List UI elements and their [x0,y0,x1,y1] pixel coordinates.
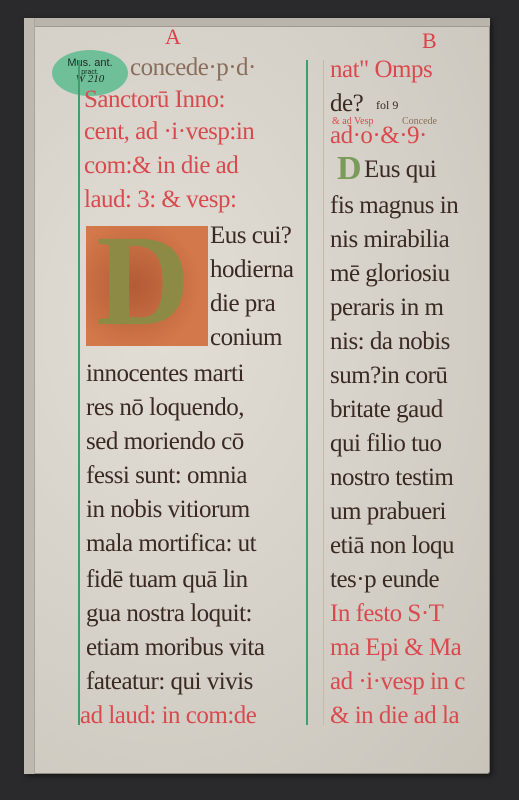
text-line: sed moriendo cō [86,428,244,456]
folio-note: fol 9 [376,98,398,113]
text-line: ma Epi & Ma [330,634,461,662]
middle-rule [306,60,308,725]
text-line: sum?in corū [330,362,447,390]
text-line: de? [330,90,363,118]
text-line: nat" Omps [330,56,432,84]
text-line: um prabueri [330,498,446,526]
text-line: hodierna [210,256,293,284]
label-line3: W 210 [52,73,128,85]
text-line: cent, ad ·i·vesp:in [84,118,254,146]
text-line: Eus qui [364,156,436,184]
text-line: conium [210,324,282,352]
text-line: mala mortifica: ut [86,530,256,558]
text-line: In festo S·T [330,600,443,628]
text-line: nis: da nobis [330,328,450,356]
green-initial: D [337,150,362,188]
text-line: die pra [210,290,275,318]
text-line: ad laud: in com:de [80,702,256,730]
text-line: tes·p eunde [330,566,439,594]
column-letter-a: A [165,24,181,50]
text-line: peraris in m [330,294,443,322]
text-line: in nobis vitiorum [86,496,250,524]
illuminated-initial: D [86,226,208,346]
left-rule [78,60,80,725]
text-line: innocentes marti [86,360,244,388]
text-line: Eus cui? [210,222,291,250]
text-line: gua nostra loquit: [86,600,252,628]
label-line1: Mus. ant. [52,57,128,69]
text-line: britate gaud [330,396,443,424]
text-line: fidē tuam quā lin [86,566,248,594]
text-line: fis magnus in [330,192,458,220]
text-line: res nō loquendo, [86,394,244,422]
text-line: Sanctorū Inno: [84,86,225,114]
text-line: mē gloriosiu [330,260,450,288]
text-line: laud: 3: & vesp: [84,186,236,214]
text-line: fessi sunt: omnia [86,462,247,490]
text-line: & in die ad la [330,702,459,730]
text-line: qui filio tuo [330,430,442,458]
spine-edge [24,18,35,774]
text-line: etiam moribus vita [86,634,264,662]
text-line: com:& in die ad [84,152,238,180]
text-line: ad·o·&·9· [330,122,427,150]
text-line: fateatur: qui vivis [86,668,253,696]
right-column: nat" Omps de? fol 9 & ad Vesp Concede ad… [320,30,490,760]
text-line: nis mirabilia [330,226,449,254]
top-edge [24,18,490,27]
text-line: concede·p·d· [130,54,256,82]
text-line: nostro testim [330,464,453,492]
text-line: etiā non loqu [330,532,454,560]
text-line: ad ·i·vesp in c [330,668,465,696]
